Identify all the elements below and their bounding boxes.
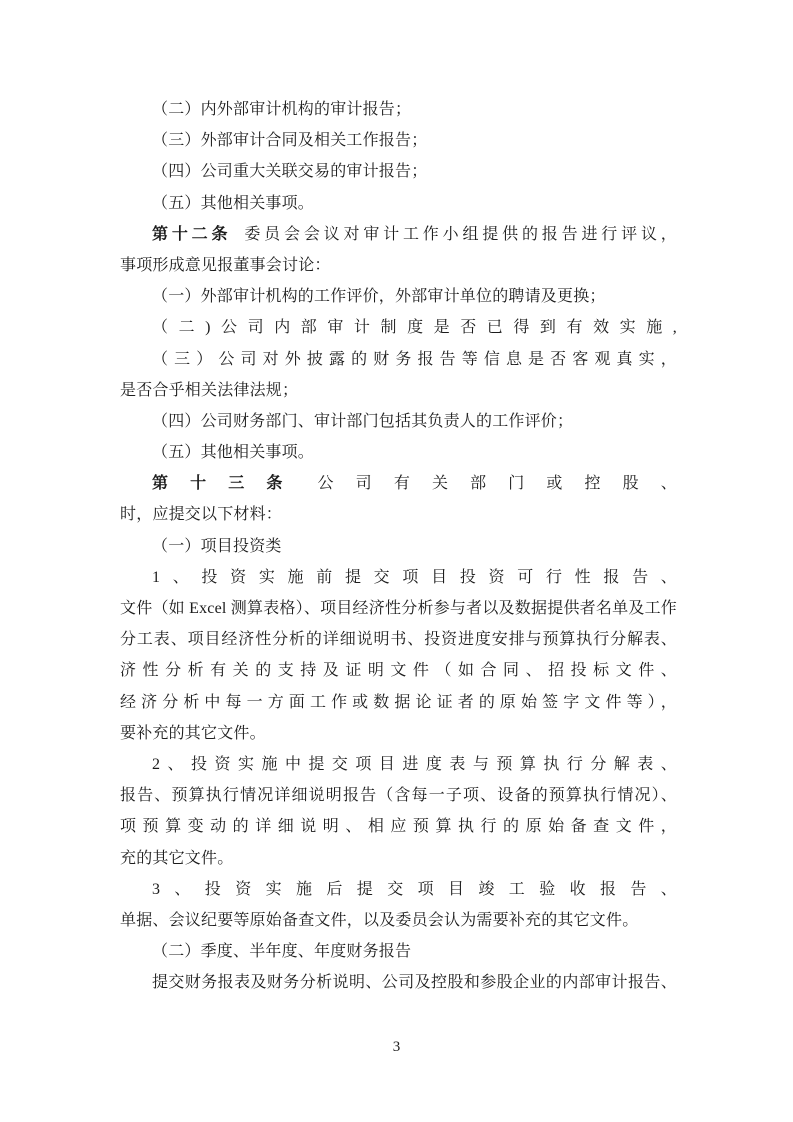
text-line: （五）其他相关事项。 (120, 188, 677, 219)
text-line: 文件（如 Excel 测算表格）、项目经济性分析参与者以及数据提供者名单及工作 (120, 593, 677, 624)
page-number: 3 (393, 1039, 401, 1055)
text-line: 经济分析中每一方面工作或数据论证者的原始签字文件等），以及委员会认为需 (120, 687, 677, 718)
document-body: （二）内外部审计机构的审计报告；（三）外部审计合同及相关工作报告；（四）公司重大… (120, 94, 677, 998)
text-line: （一）项目投资类 (120, 531, 677, 562)
text-line: 项预算变动的详细说明、相应预算执行的原始备查文件，以及委员会认为需要补 (120, 811, 677, 842)
text-line: 第十二条委员会会议对审计工作小组提供的报告进行评议，并将以下相关 (120, 219, 677, 250)
text-line: 济性分析有关的支持及证明文件（如合同、招投标文件、工程设计方案及说明、 (120, 655, 677, 686)
text-line: （二）内外部审计机构的审计报告； (120, 94, 677, 125)
article-number: 第十三条 (152, 475, 305, 492)
text-line: 报告、预算执行情况详细说明报告（含每一子项、设备的预算执行情况）、每一 (120, 780, 677, 811)
text-line: 要补充的其它文件。 (120, 718, 677, 749)
text-line: 时，应提交以下材料： (120, 499, 677, 530)
text-line: （二)公司内部审计制度是否已得到有效实施,公司财务报告是否全面真实； (120, 312, 677, 343)
text-line: （一）外部审计机构的工作评价，外部审计单位的聘请及更换； (120, 281, 677, 312)
article-number: 第十二条 (152, 226, 231, 243)
document-page: （二）内外部审计机构的审计报告；（三）外部审计合同及相关工作报告；（四）公司重大… (0, 0, 793, 1122)
text-line: （四）公司重大关联交易的审计报告； (120, 156, 677, 187)
text-line: 第十三条公司有关部门或控股、参股企业在向审计工作小组上报评审项目 (120, 468, 677, 499)
text-line: （三）公司对外披露的财务报告等信息是否客观真实，公司重大的关联交易 (120, 344, 677, 375)
text-line: 事项形成意见报董事会讨论： (120, 250, 677, 281)
text-line: 1、投资实施前提交项目投资可行性报告、项目经济性分析原始测算电子版 (120, 562, 677, 593)
text-line: 3、投资实施后提交项目竣工验收报告、项目完工审计报告和相应重要合同、 (120, 874, 677, 905)
text-line: （五）其他相关事项。 (120, 437, 677, 468)
text-line: （二）季度、半年度、年度财务报告 (120, 936, 677, 967)
text-line: 是否合乎相关法律法规； (120, 375, 677, 406)
text-line: （四）公司财务部门、审计部门包括其负责人的工作评价； (120, 406, 677, 437)
page-footer: 3 (0, 1036, 793, 1058)
text-line: （三）外部审计合同及相关工作报告； (120, 125, 677, 156)
text-line: 分工表、项目经济性分析的详细说明书、投资进度安排与预算执行分解表、与经 (120, 624, 677, 655)
text-line: 单据、会议纪要等原始备查文件，以及委员会认为需要补充的其它文件。 (120, 905, 677, 936)
text-line: 提交财务报表及财务分析说明、公司及控股和参股企业的内部审计报告、重 (120, 967, 677, 998)
text-line: 2、投资实施中提交项目进度表与预算执行分解表、目前项目进展情况说明 (120, 749, 677, 780)
text-line: 充的其它文件。 (120, 843, 677, 874)
